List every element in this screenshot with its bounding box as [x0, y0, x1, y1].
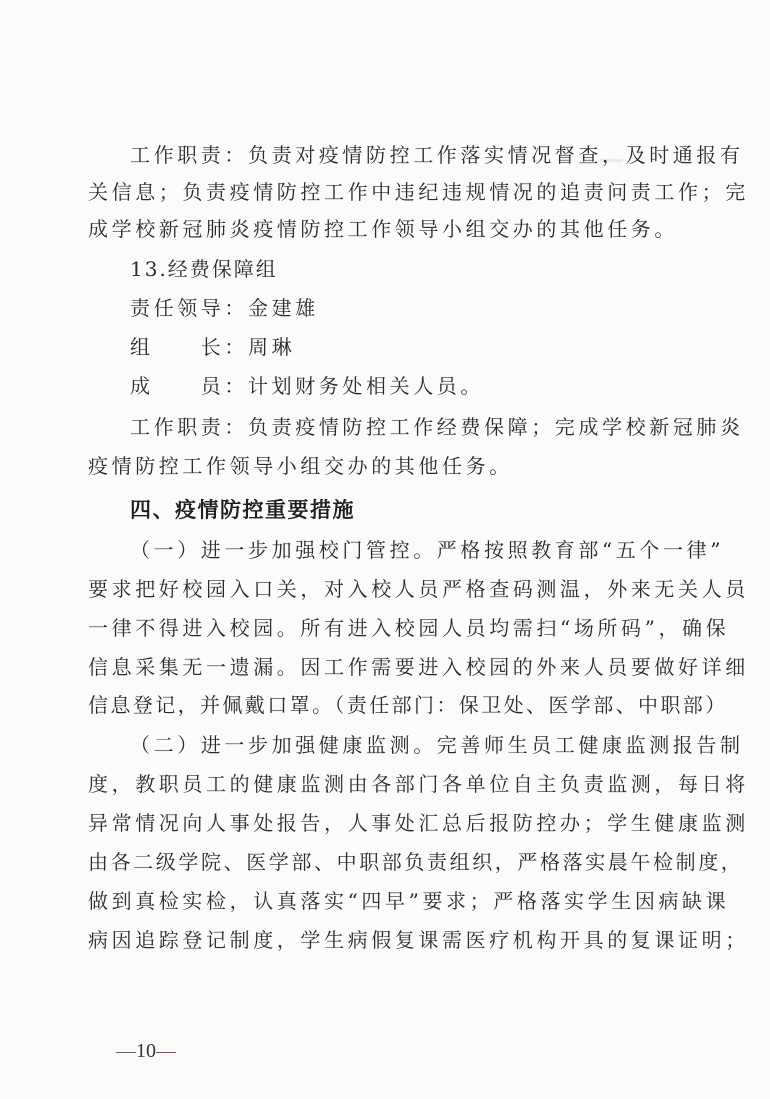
paragraph-line: 信息采集无一遗漏。因工作需要进入校园的外来人员要做好详细: [88, 655, 676, 679]
paragraph-line: 疫情防控工作领导小组交办的其他任务。: [88, 454, 676, 478]
paragraph-line: 做到真检实检，认真落实“四早”要求；严格落实学生因病缺课: [88, 889, 676, 913]
paragraph-line: 异常情况向人事处报告，人事处汇总后报防控办；学生健康监测: [88, 811, 676, 835]
paragraph-line: 由各二级学院、医学部、中职部负责组织，严格落实晨午检制度，: [88, 850, 676, 874]
page-number-right-dash: —: [156, 1040, 176, 1062]
responsible-leader: 责任领导：金建雄: [130, 296, 676, 320]
paragraph-line: 信息登记，并佩戴口罩。（责任部门：保卫处、医学部、中职部）: [88, 693, 676, 717]
page-number-value: 10: [136, 1040, 156, 1062]
page-number-left-dash: —: [116, 1040, 136, 1062]
document-page: ━━ 工作职责：负责对疫情防控工作落实情况督查，及时通报有 关信息；负责疫情防控…: [0, 0, 770, 1099]
group-leader: 组 长：周琳: [130, 335, 676, 359]
page-number: —10—: [116, 1040, 176, 1063]
paragraph-line: （二）进一步加强健康监测。完善师生员工健康监测报告制: [130, 733, 676, 757]
paragraph-line: 工作职责：负责对疫情防控工作落实情况督查，及时通报有: [130, 143, 676, 167]
paragraph-line: 病因追踪登记制度，学生病假复课需医疗机构开具的复课证明；: [88, 928, 676, 952]
paragraph-line: 成学校新冠肺炎疫情防控工作领导小组交办的其他任务。: [88, 217, 676, 241]
paragraph-line: 工作职责：负责疫情防控工作经费保障；完成学校新冠肺炎: [130, 415, 676, 439]
paragraph-line: 度，教职员工的健康监测由各部门各单位自主负责监测，每日将: [88, 772, 676, 796]
group-members: 成 员：计划财务处相关人员。: [130, 374, 676, 398]
paragraph-line: 一律不得进入校园。所有进入校园人员均需扫“场所码”，确保: [88, 616, 676, 640]
paragraph-line: 要求把好校园入口关，对入校人员严格查码测温，外来无关人员: [88, 577, 676, 601]
section-subtitle: 13.经费保障组: [130, 257, 676, 281]
paragraph-line: 关信息；负责疫情防控工作中违纪违规情况的追责问责工作；完: [88, 180, 676, 204]
section-heading: 四、疫情防控重要措施: [130, 498, 676, 522]
paragraph-line: （一）进一步加强校门管控。严格按照教育部“五个一律”: [130, 538, 676, 562]
